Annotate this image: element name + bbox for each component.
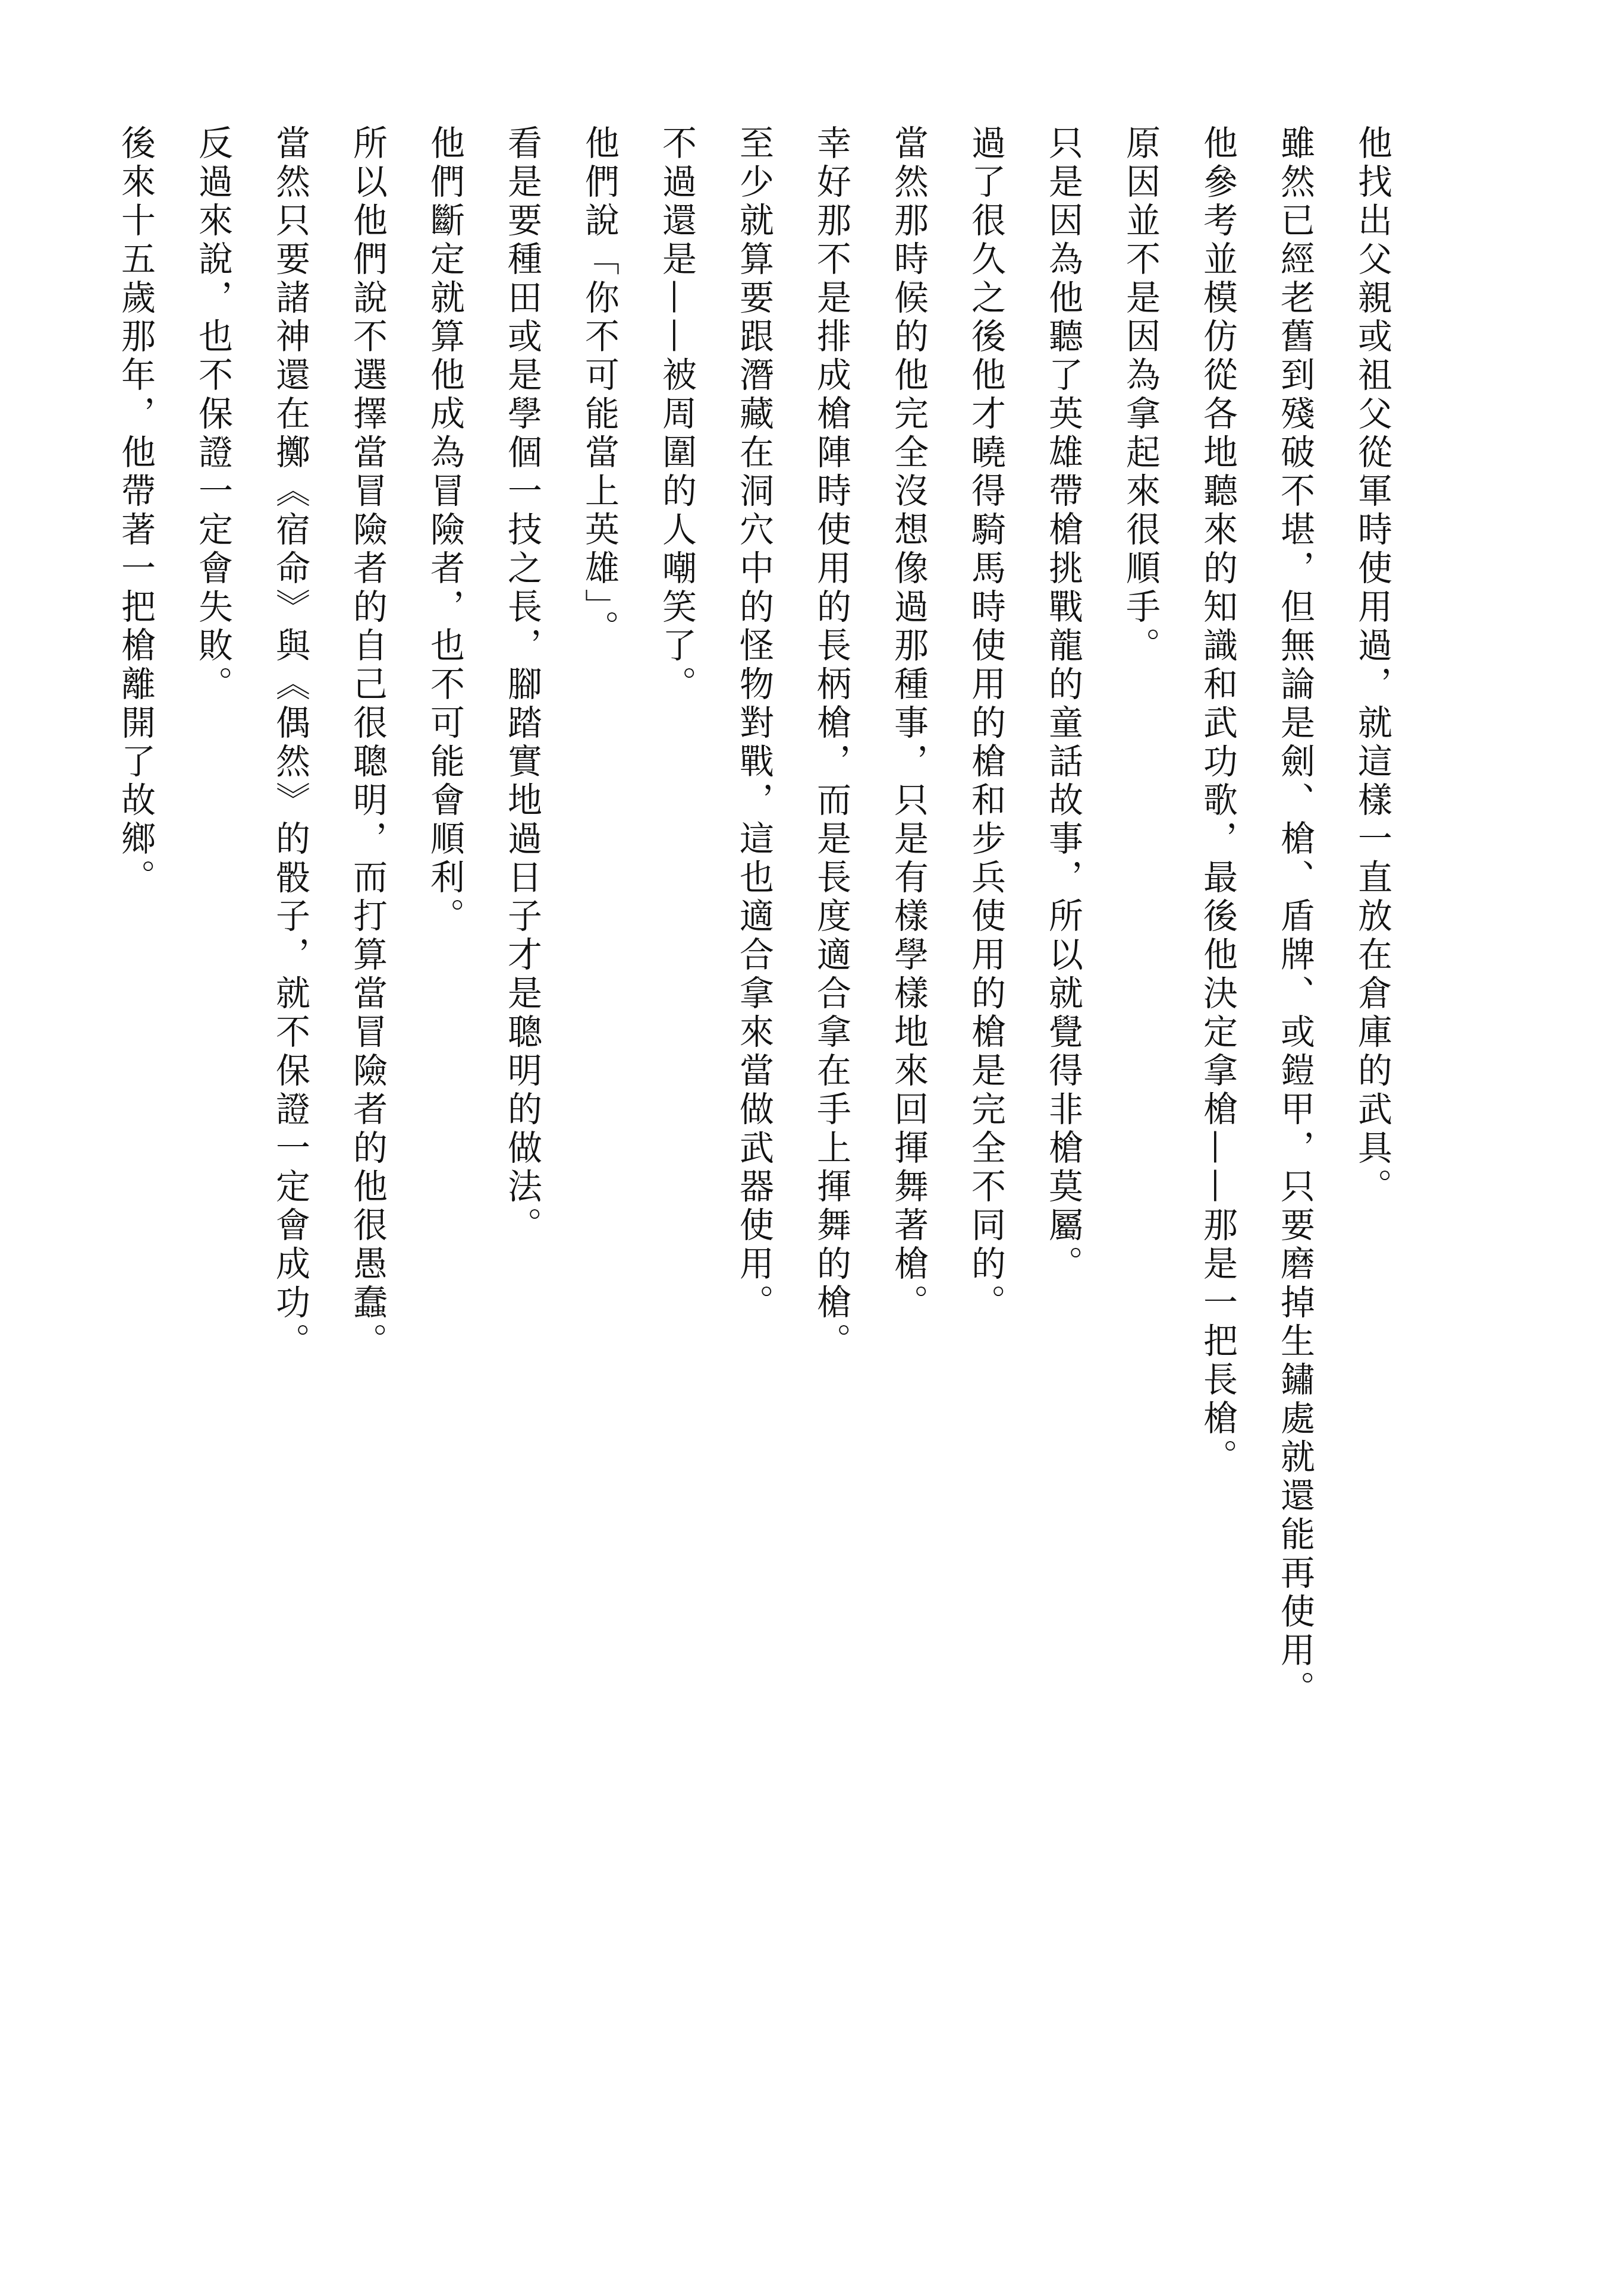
paragraph-13: 他們斷定就算他成為冒險者，也不可能會順利。 xyxy=(406,125,483,2051)
paragraph-8: 幸好那不是排成槍陣時使用的長柄槍，而是長度適合拿在手上揮舞的槍。 xyxy=(793,125,870,2051)
paragraph-10: 不過還是——被周圍的人嘲笑了。 xyxy=(638,125,715,2051)
paragraph-2: 雖然已經老舊到殘破不堪，但無論是劍、槍、盾牌、或鎧甲，只要磨掉生鏽處就還能再使用… xyxy=(1256,125,1334,2051)
paragraph-14: 所以他們說不選擇當冒險者的自己很聰明，而打算當冒險者的他很愚蠢。 xyxy=(329,125,406,2051)
paragraph-9: 至少就算要跟潛藏在洞穴中的怪物對戰，這也適合拿來當做武器使用。 xyxy=(715,125,793,2051)
paragraph-7: 當然那時候的他完全沒想像過那種事，只是有樣學樣地來回揮舞著槍。 xyxy=(870,125,947,2051)
paragraph-11: 他們說「你不可能當上英雄」。 xyxy=(561,125,638,2051)
paragraph-3: 他參考並模仿從各地聽來的知識和武功歌，最後他決定拿槍——那是一把長槍。 xyxy=(1179,125,1256,2051)
paragraph-1: 他找出父親或祖父從軍時使用過，就這樣一直放在倉庫的武具。 xyxy=(1334,125,1411,2051)
paragraph-17: 後來十五歲那年，他帶著一把槍離開了故鄉。 xyxy=(97,125,174,2051)
paragraph-15: 當然只要諸神還在擲《宿命》與《偶然》的骰子，就不保證一定會成功。 xyxy=(251,125,329,2051)
paragraph-6: 過了很久之後他才曉得騎馬時使用的槍和步兵使用的槍是完全不同的。 xyxy=(947,125,1024,2051)
vertical-text-block: 他找出父親或祖父從軍時使用過，就這樣一直放在倉庫的武具。 雖然已經老舊到殘破不堪… xyxy=(97,125,1411,2051)
paragraph-5: 只是因為他聽了英雄帶槍挑戰龍的童話故事，所以就覺得非槍莫屬。 xyxy=(1024,125,1102,2051)
book-page: 他找出父親或祖父從軍時使用過，就這樣一直放在倉庫的武具。 雖然已經老舊到殘破不堪… xyxy=(0,0,1613,2296)
paragraph-4: 原因並不是因為拿起來很順手。 xyxy=(1102,125,1179,2051)
paragraph-12: 看是要種田或是學個一技之長，腳踏實地過日子才是聰明的做法。 xyxy=(483,125,561,2051)
paragraph-16: 反過來說，也不保證一定會失敗。 xyxy=(174,125,251,2051)
